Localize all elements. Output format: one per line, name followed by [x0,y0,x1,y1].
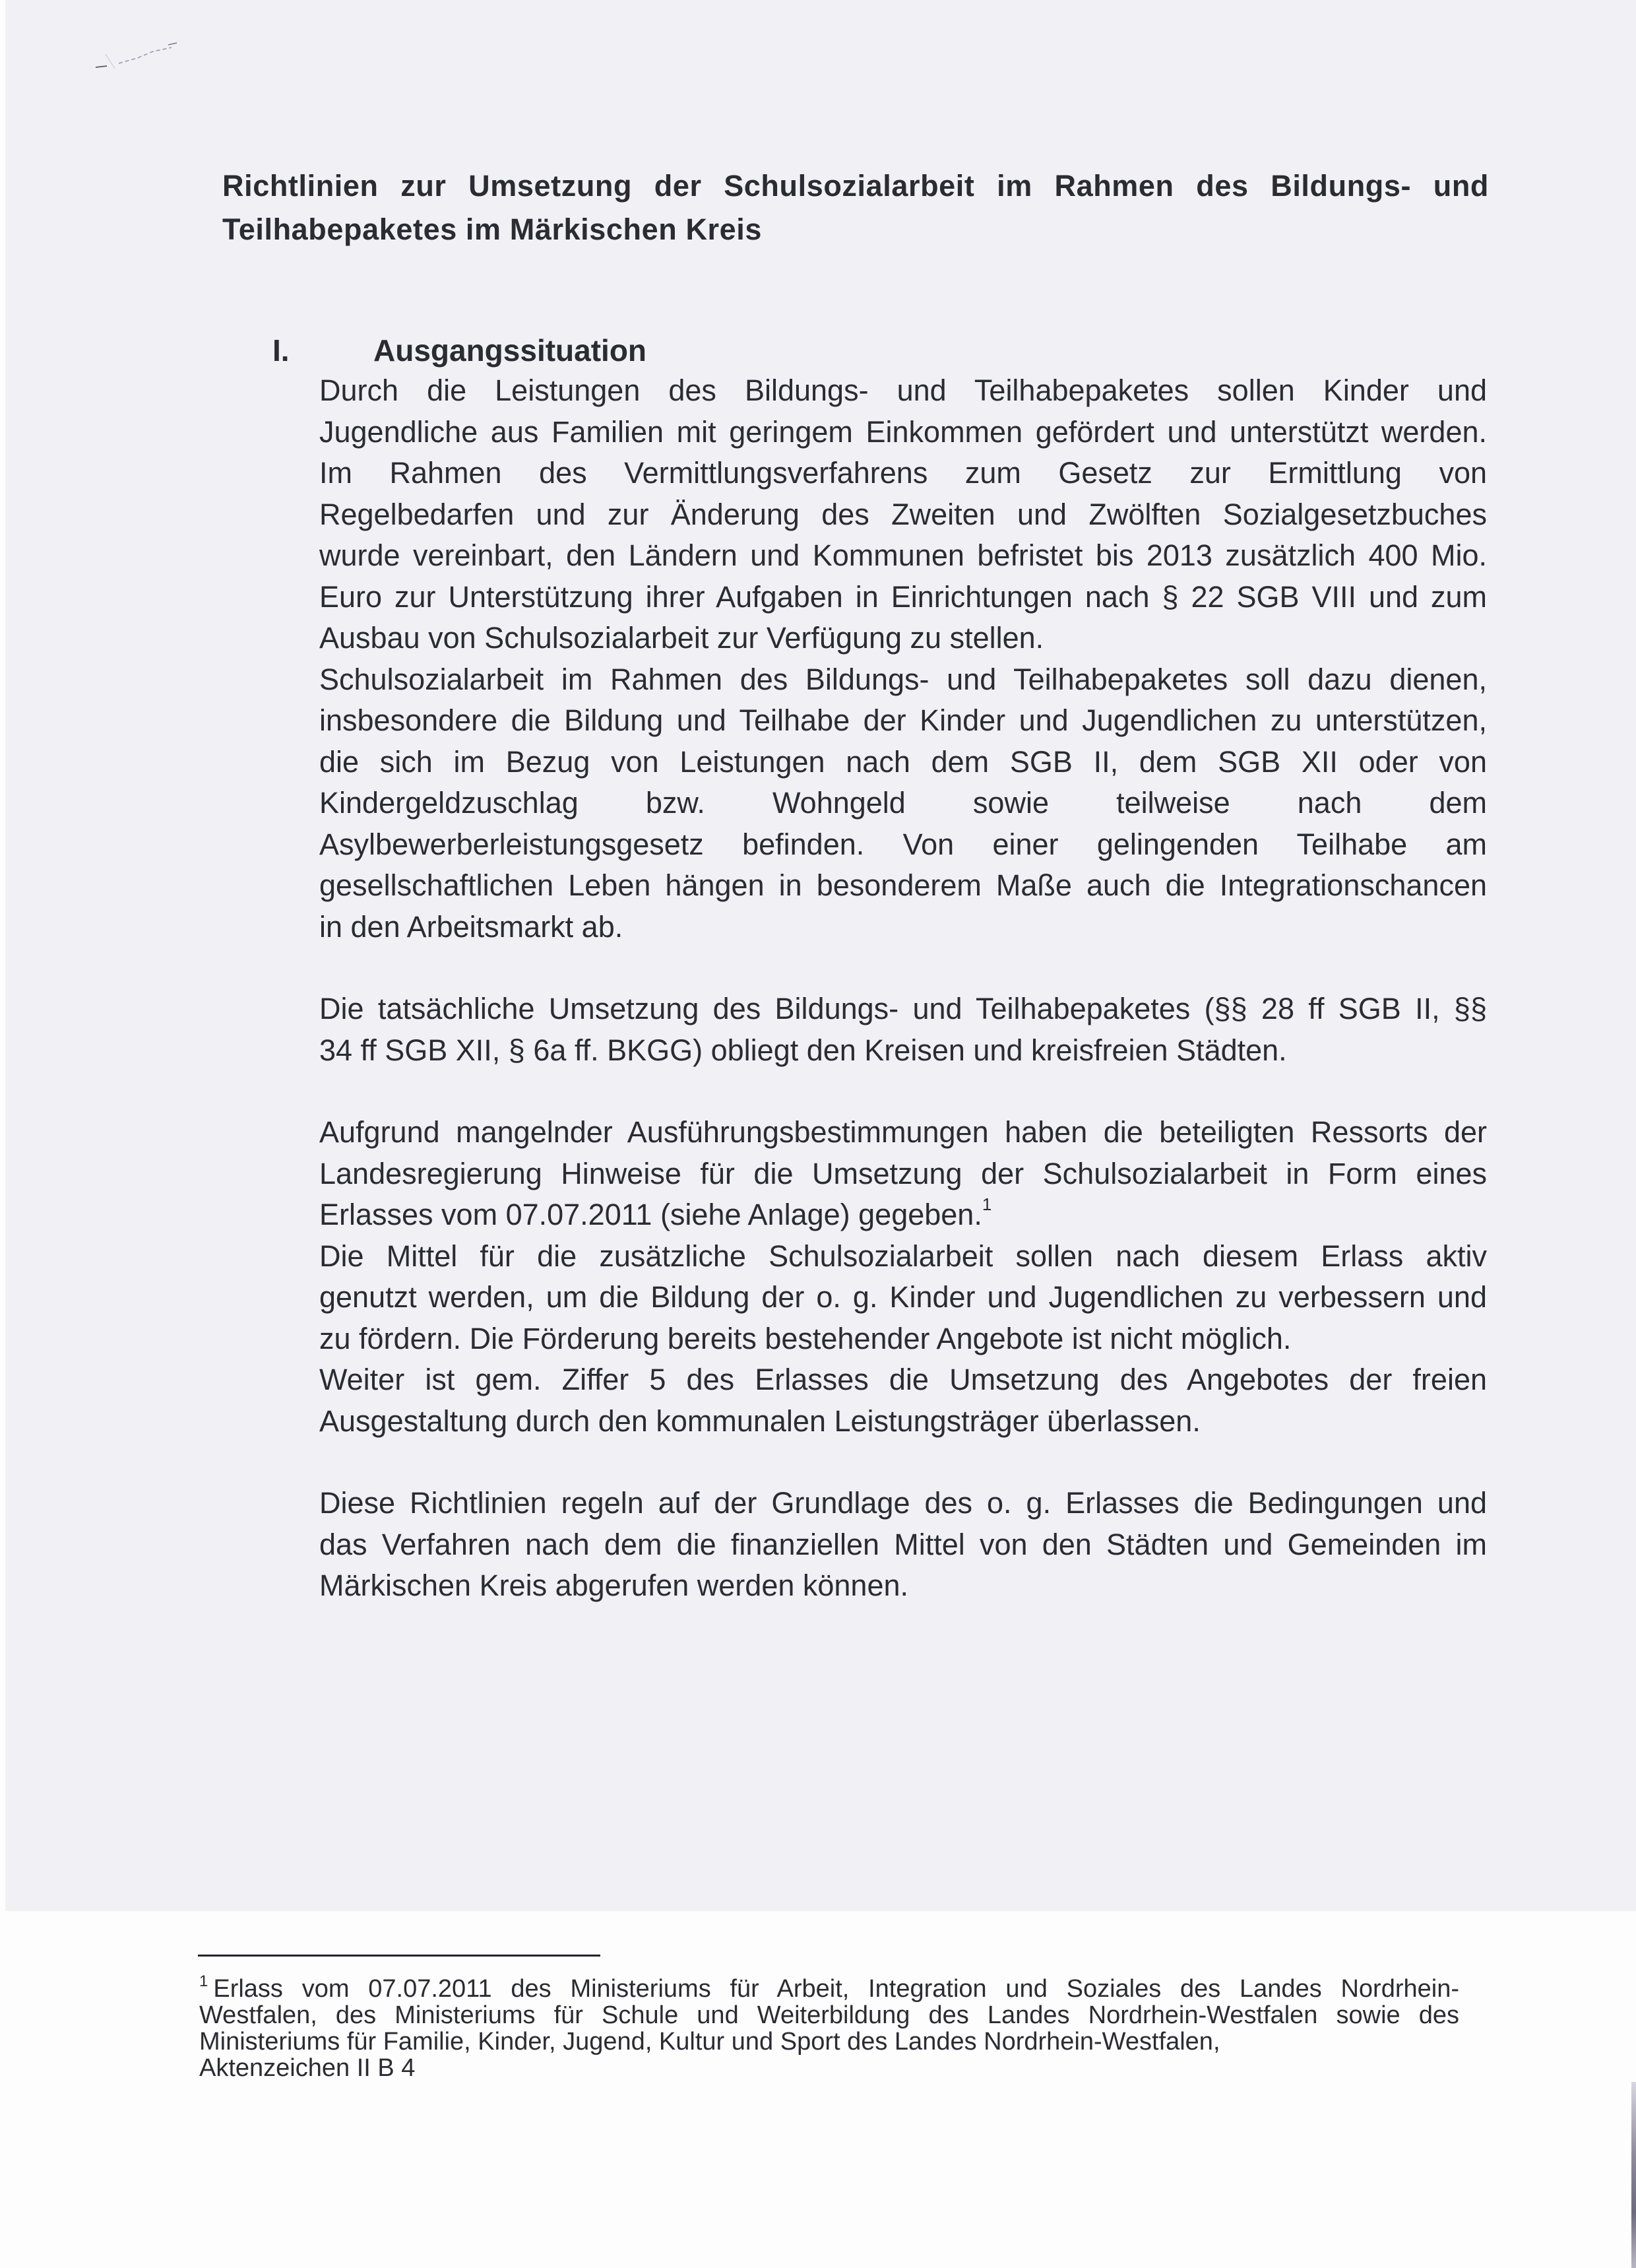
paragraph-spacer [319,1071,1487,1112]
document-title: Richtlinien zur Umsetzung der Schulsozia… [222,164,1489,251]
text-line: Märkischen Kreis abgerufen werden können… [319,1565,1487,1607]
text-line: Regelbedarfen und zur Änderung des Zweit… [319,494,1487,536]
footnote-marker: 1 [199,1972,208,1990]
scan-left-margin-strip [0,0,5,1911]
paragraph-spacer [319,948,1487,988]
text-line: Landesregierung Hinweise für die Umsetzu… [319,1153,1487,1195]
text-line: Die tatsächliche Umsetzung des Bildungs-… [319,988,1487,1030]
document-body: Durch die Leistungen des Bildungs- und T… [319,370,1487,1607]
text-line: Diese Richtlinien regeln auf der Grundla… [319,1483,1487,1524]
text-line: 34 ff SGB XII, § 6a ff. BKGG) obliegt de… [319,1030,1487,1072]
text-line: Im Rahmen des Vermittlungsverfahrens zum… [319,453,1487,494]
text-line: Jugendliche aus Familien mit geringem Ei… [319,412,1487,453]
text-line: wurde vereinbart, den Ländern und Kommun… [319,535,1487,577]
paragraph-funds-usage: Die Mittel für die zusätzliche Schulsozi… [319,1236,1487,1360]
footnote-line: Ministeriums für Familie, Kinder, Jugend… [199,2028,1459,2055]
text-line: Weiter ist gem. Ziffer 5 des Erlasses di… [319,1359,1487,1401]
section-number: I. [272,332,290,369]
scanned-page-lower [0,1911,1636,2268]
text-line: in den Arbeitsmarkt ab. [319,907,1487,948]
text-line: Ausbau von Schulsozialarbeit zur Verfügu… [319,618,1487,659]
title-line: Teilhabepaketes im Märkischen Kreis [222,208,1489,251]
paragraph-funding-background: Durch die Leistungen des Bildungs- und T… [319,370,1487,659]
footnote: 1Erlass vom 07.07.2011 des Ministeriums … [199,1976,1459,2081]
scan-smudge-mark [92,40,191,92]
text-line: Ausgestaltung durch den kommunalen Leist… [319,1401,1487,1442]
text-line: Durch die Leistungen des Bildungs- und T… [319,370,1487,412]
paragraph-purpose: Schulsozialarbeit im Rahmen des Bildungs… [319,659,1487,948]
footnote-line-content: Erlass vom 07.07.2011 des Ministeriums f… [213,1975,1459,2003]
paragraph-responsibility: Die tatsächliche Umsetzung des Bildungs-… [319,988,1487,1071]
paragraph-guidelines-scope: Diese Richtlinien regeln auf der Grundla… [319,1483,1487,1607]
section-heading: Ausgangssituation [373,332,646,369]
paragraph-implementation: Weiter ist gem. Ziffer 5 des Erlasses di… [319,1359,1487,1442]
text-line: Schulsozialarbeit im Rahmen des Bildungs… [319,659,1487,701]
text-line: Die Mittel für die zusätzliche Schulsozi… [319,1236,1487,1278]
text-line: Euro zur Unterstützung ihrer Aufgaben in… [319,577,1487,618]
text-line: das Verfahren nach dem die finanziellen … [319,1524,1487,1566]
text-line: insbesondere die Bildung und Teilhabe de… [319,700,1487,742]
text-line: Asylbewerberleistungsgesetz befinden. Vo… [319,824,1487,866]
text-line: gesellschaftlichen Leben hängen in beson… [319,865,1487,907]
footnote-line: Aktenzeichen II B 4 [199,2055,1459,2081]
text-line: die sich im Bezug von Leistungen nach de… [319,742,1487,783]
paragraph-decree: Aufgrund mangelnder Ausführungsbestimmun… [319,1112,1487,1236]
title-line: Richtlinien zur Umsetzung der Schulsozia… [222,164,1489,208]
text-line: Erlasses vom 07.07.2011 (siehe Anlage) g… [319,1194,1487,1236]
footnote-reference[interactable]: 1 [982,1194,991,1214]
text-line-content: Erlasses vom 07.07.2011 (siehe Anlage) g… [319,1198,982,1231]
text-line: Aufgrund mangelnder Ausführungsbestimmun… [319,1112,1487,1153]
scan-edge-shadow [1631,2082,1636,2268]
footnote-separator [198,1955,600,1957]
footnote-line: Westfalen, des Ministeriums für Schule u… [199,2002,1459,2028]
text-line: genutzt werden, um die Bildung der o. g.… [319,1277,1487,1318]
text-line: Kindergeldzuschlag bzw. Wohngeld sowie t… [319,783,1487,824]
text-line: zu fördern. Die Förderung bereits besteh… [319,1318,1487,1360]
footnote-line: 1Erlass vom 07.07.2011 des Ministeriums … [199,1976,1459,2002]
paragraph-spacer [319,1442,1487,1483]
